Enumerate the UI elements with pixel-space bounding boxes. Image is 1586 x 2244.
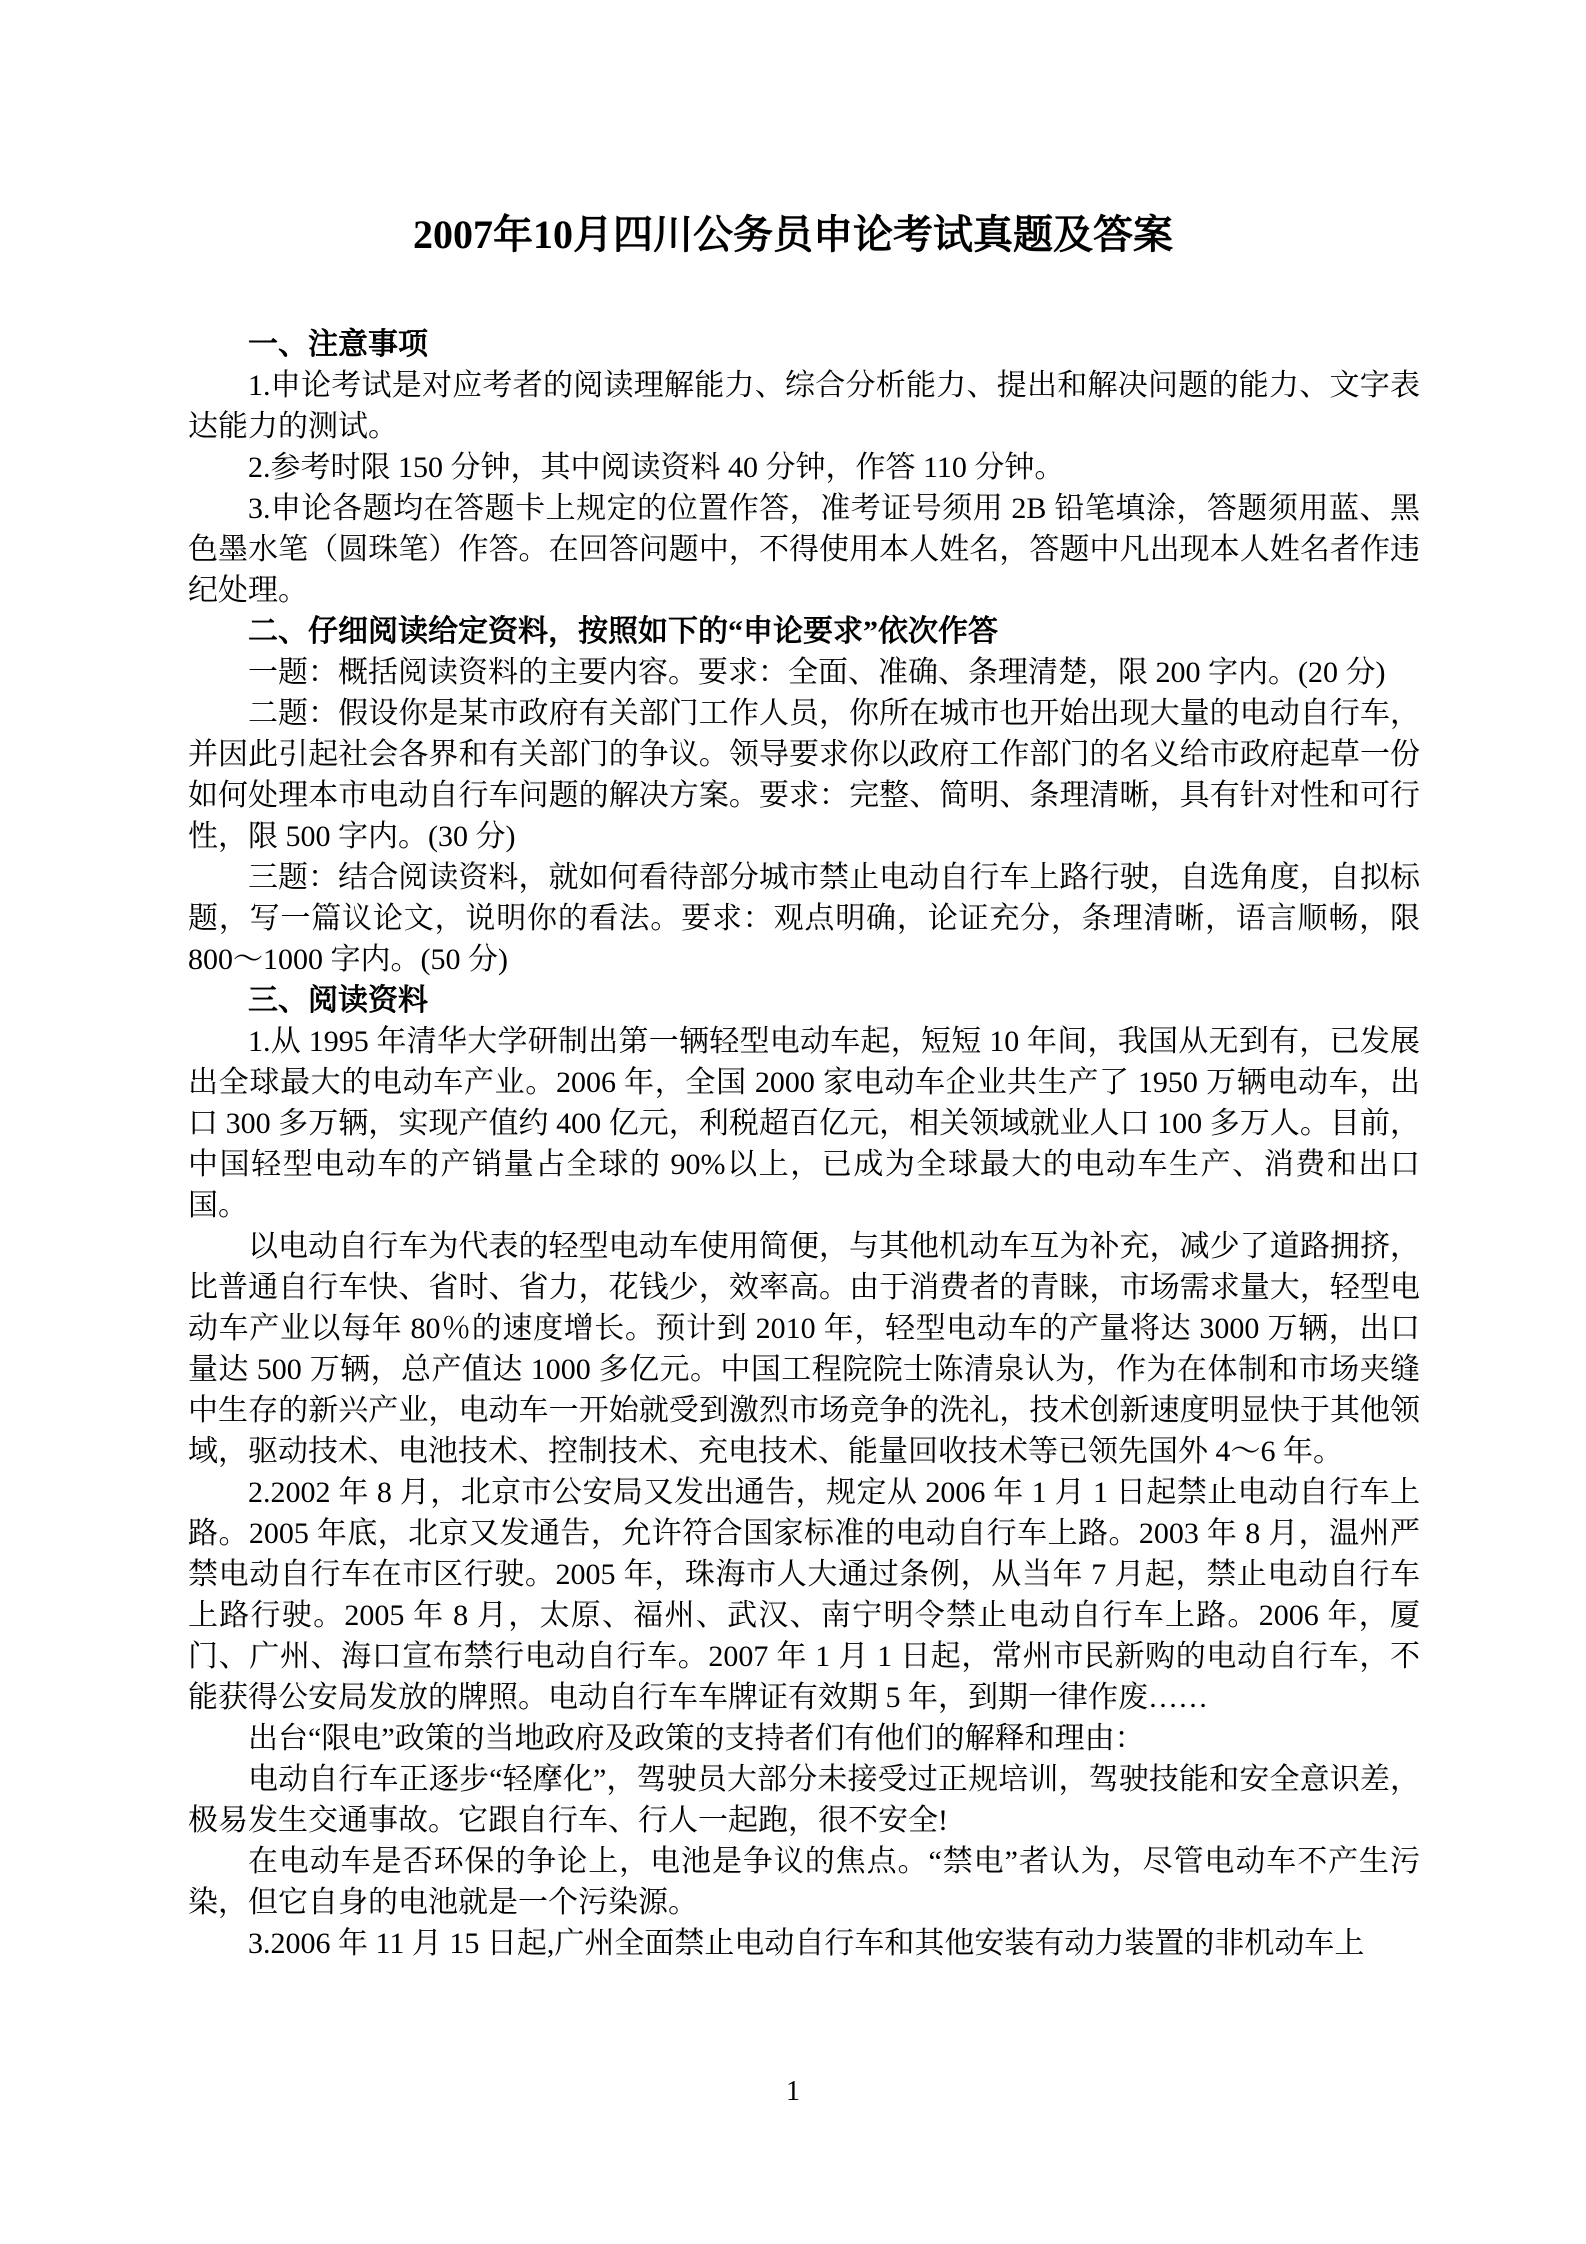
paragraph-material-1: 1.从 1995 年清华大学研制出第一辆轻型电动车起，短短 10 年间，我国从无… xyxy=(188,1021,1420,1226)
document-body: 一、注意事项 1.申论考试是对应考者的阅读理解能力、综合分析能力、提出和解决问题… xyxy=(188,324,1420,1964)
section-heading-materials: 三、阅读资料 xyxy=(188,980,1420,1021)
section-heading-requirements: 二、仔细阅读给定资料，按照如下的“申论要求”依次作答 xyxy=(188,611,1420,652)
paragraph-material-2: 2.2002 年 8 月，北京市公安局又发出通告，规定从 2006 年 1 月 … xyxy=(188,1472,1420,1718)
paragraph-note-2: 2.参考时限 150 分钟，其中阅读资料 40 分钟，作答 110 分钟。 xyxy=(188,447,1420,488)
paragraph-question-1: 一题：概括阅读资料的主要内容。要求：全面、准确、条理清楚，限 200 字内。(2… xyxy=(188,652,1420,693)
document-title: 2007年10月四川公务员申论考试真题及答案 xyxy=(0,203,1586,260)
paragraph-note-3: 3.申论各题均在答题卡上规定的位置作答，准考证号须用 2B 铅笔填涂，答题须用蓝… xyxy=(188,488,1420,611)
paragraph-note-1: 1.申论考试是对应考者的阅读理解能力、综合分析能力、提出和解决问题的能力、文字表… xyxy=(188,365,1420,447)
document-page: 2007年10月四川公务员申论考试真题及答案 一、注意事项 1.申论考试是对应考… xyxy=(0,0,1586,2244)
paragraph-material-2d: 在电动车是否环保的争论上，电池是争议的焦点。“禁电”者认为，尽管电动车不产生污染… xyxy=(188,1841,1420,1923)
paragraph-material-3: 3.2006 年 11 月 15 日起,广州全面禁止电动自行车和其他安装有动力装… xyxy=(188,1923,1420,1964)
paragraph-material-1b: 以电动自行车为代表的轻型电动车使用简便，与其他机动车互为补充，减少了道路拥挤，比… xyxy=(188,1226,1420,1472)
section-heading-notes: 一、注意事项 xyxy=(188,324,1420,365)
paragraph-question-3: 三题：结合阅读资料，就如何看待部分城市禁止电动自行车上路行驶，自选角度，自拟标题… xyxy=(188,857,1420,980)
paragraph-material-2c: 电动自行车正逐步“轻摩化”，驾驶员大部分未接受过正规培训，驾驶技能和安全意识差，… xyxy=(188,1759,1420,1841)
paragraph-question-2: 二题：假设你是某市政府有关部门工作人员，你所在城市也开始出现大量的电动自行车，并… xyxy=(188,693,1420,857)
page-number: 1 xyxy=(0,2076,1586,2108)
paragraph-material-2b: 出台“限电”政策的当地政府及政策的支持者们有他们的解释和理由： xyxy=(188,1718,1420,1759)
